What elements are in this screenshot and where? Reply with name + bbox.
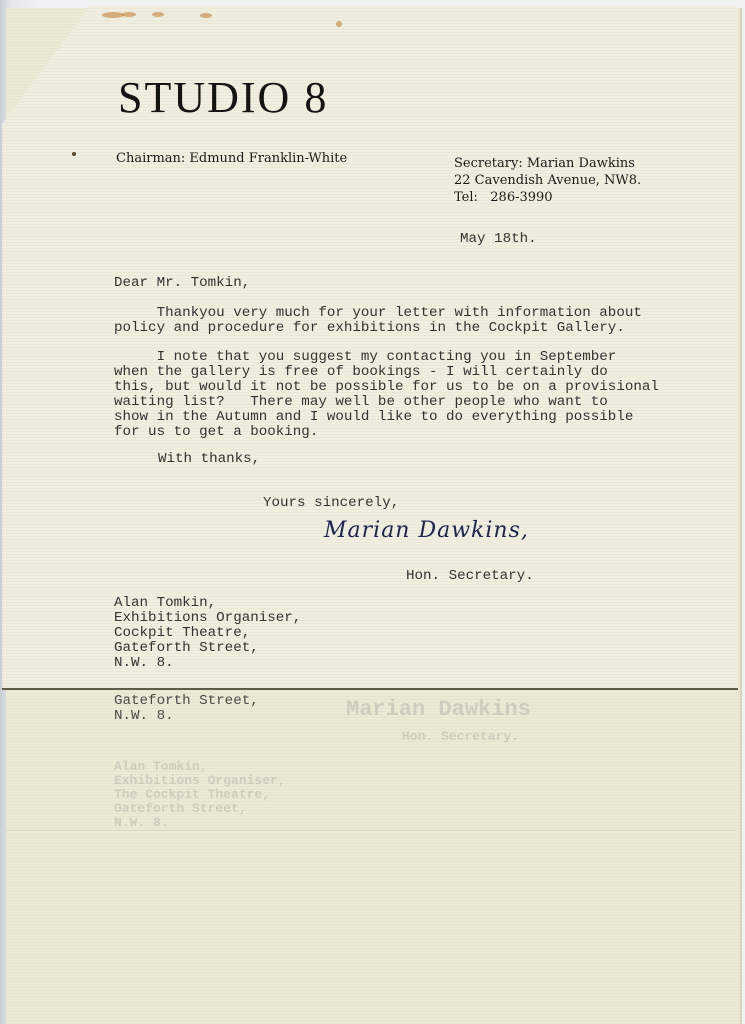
paragraph-1: Thankyou very much for your letter with … [114,306,642,336]
rust-stain [72,152,76,156]
thanks-line: With thanks, [158,452,260,467]
letter-date: May 18th. [460,232,537,247]
closing: Yours sincerely, [263,496,399,511]
secretary-phone: Tel: 286-3990 [454,189,553,206]
chairman-line: Chairman: Edmund Franklin-White [116,150,347,167]
rust-stain [152,12,164,17]
handwritten-signature: Marian Dawkins, [324,518,529,543]
ghost-address: Alan Tomkin, Exhibitions Organiser, The … [114,760,286,830]
recipient-address: Alan Tomkin, Exhibitions Organiser, Cock… [114,596,301,671]
rust-stain [102,12,124,18]
secretary-name: Secretary: Marian Dawkins [454,155,635,172]
letterhead-title: STUDIO 8 [118,76,328,120]
secretary-address: 22 Cavendish Avenue, NW8. [454,172,641,189]
rust-stain [336,21,342,27]
signatory-title: Hon. Secretary. [406,569,534,584]
sheet-edge [2,688,738,690]
rust-stain [122,12,136,17]
rust-stain [200,13,212,18]
paragraph-2: I note that you suggest my contacting yo… [114,350,659,440]
ghost-signature: Marian Dawkins [346,698,531,722]
letter-sheet [2,6,738,690]
ghost-title: Hon. Secretary. [402,730,519,744]
paper-fold [6,830,736,832]
salutation: Dear Mr. Tomkin, [114,276,250,291]
back-sheet-address: Gateforth Street, N.W. 8. [114,694,259,724]
